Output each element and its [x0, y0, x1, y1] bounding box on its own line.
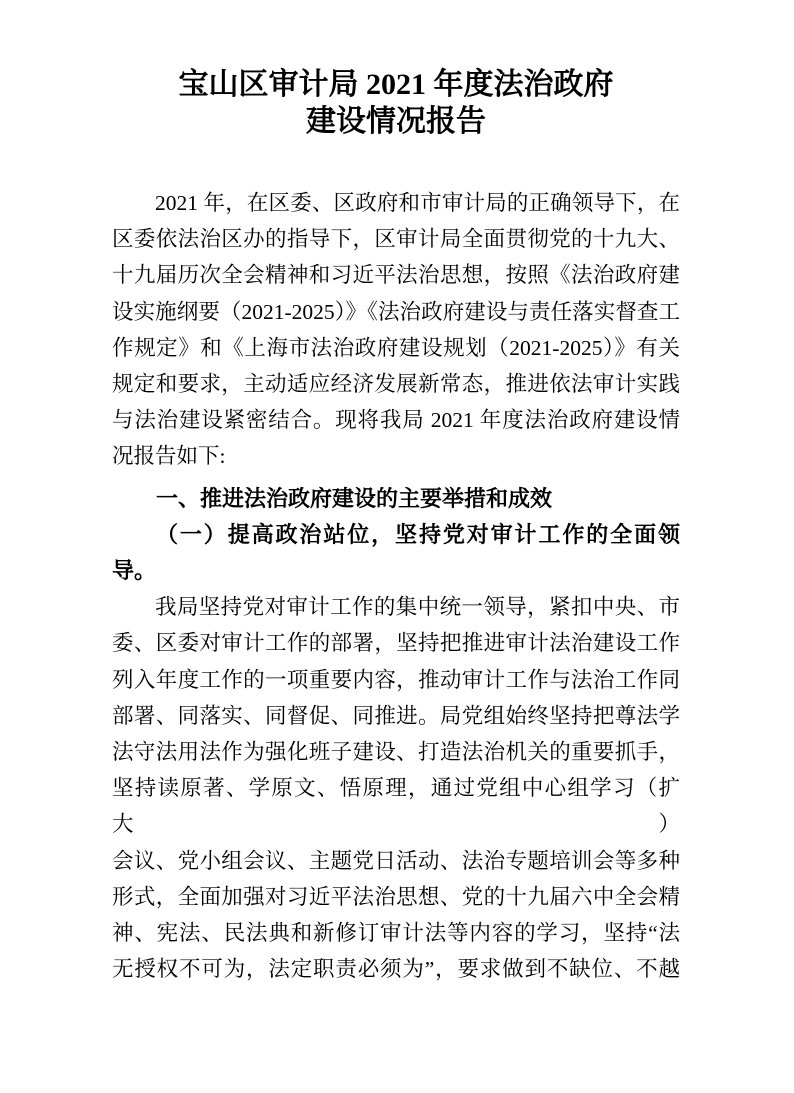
text-line: 坚持读原著、学原文、悟原理，通过党组中心组学习（扩大） — [112, 770, 680, 842]
text-line: 法守法用法作为强化班子建设、打造法治机关的重要抓手， — [112, 734, 680, 770]
text-line: 况报告如下: — [112, 438, 680, 474]
subsection-heading: （一）提高政治站位，坚持党对审计工作的全面领导。 — [112, 517, 680, 589]
text-line: 2021 年，在区委、区政府和市审计局的正确领导下，在 — [112, 185, 680, 221]
text-line: 规定和要求，主动适应经济发展新常态，推进依法审计实践 — [112, 366, 680, 402]
text-line: 宝山区审计局 2021 年度法治政府 — [112, 66, 680, 103]
text-line: 形式，全面加强对习近平法治思想、党的十九届六中全会精 — [112, 879, 680, 915]
text-line: 区委依法治区办的指导下，区审计局全面贯彻党的十九大、 — [112, 221, 680, 257]
text-line: 作规定》和《上海市法治政府建设规划（2021-2025）》有关 — [112, 330, 680, 366]
text-line: 设实施纲要（2021-2025）》《法治政府建设与责任落实督查工 — [112, 294, 680, 330]
section-heading: 一、推进法治政府建设的主要举措和成效 — [112, 481, 680, 517]
text-line: 我局坚持党对审计工作的集中统一领导，紧扣中央、市 — [112, 589, 680, 625]
text-line: 建设情况报告 — [112, 103, 680, 140]
text-line: 会议、党小组会议、主题党日活动、法治专题培训会等多种 — [112, 843, 680, 879]
document-page: 宝山区审计局 2021 年度法治政府建设情况报告 2021 年，在区委、区政府和… — [0, 0, 794, 1093]
text-line: 委、区委对审计工作的部署，坚持把推进审计法治建设工作 — [112, 625, 680, 661]
text-line: 列入年度工作的一项重要内容，推动审计工作与法治工作同 — [112, 662, 680, 698]
text-line: 十九届历次全会精神和习近平法治思想，按照《法治政府建 — [112, 257, 680, 293]
text-line: 与法治建设紧密结合。现将我局 2021 年度法治政府建设情 — [112, 402, 680, 438]
text-line: 部署、同落实、同督促、同推进。局党组始终坚持把尊法学 — [112, 698, 680, 734]
body-paragraph: 我局坚持党对审计工作的集中统一领导，紧扣中央、市委、区委对审计工作的部署，坚持把… — [112, 589, 680, 987]
text-line: 神、宪法、民法典和新修订审计法等内容的学习，坚持“法 — [112, 915, 680, 951]
document-title: 宝山区审计局 2021 年度法治政府建设情况报告 — [112, 66, 680, 140]
text-line: 无授权不可为，法定职责必须为”，要求做到不缺位、不越 — [112, 951, 680, 987]
intro-paragraph: 2021 年，在区委、区政府和市审计局的正确领导下，在区委依法治区办的指导下，区… — [112, 185, 680, 475]
document-body: 2021 年，在区委、区政府和市审计局的正确领导下，在区委依法治区办的指导下，区… — [112, 185, 680, 987]
